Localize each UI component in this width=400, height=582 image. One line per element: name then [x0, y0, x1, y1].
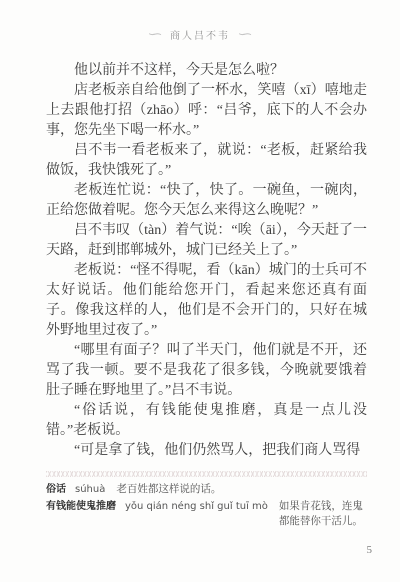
- paragraph: 吕不韦叹（tàn）着气说：“唉（āi），今天赶了一天路，赶到邯郸城外，城门已经关…: [46, 221, 367, 261]
- footnote-row: 俗话 súhuà 老百姓都这样说的话。: [46, 482, 370, 497]
- book-page: ∽ 商人吕不韦 ∽ 他以前并不这样，今天是怎么啦？ 店老板亲自给他倒了一杯水，笑…: [0, 0, 400, 582]
- paragraph: 店老板亲自给他倒了一杯水，笑嘻（xī）嘻地走上去跟他打招（zhāo）呼：“吕爷，…: [46, 81, 367, 141]
- footnote-row: 有钱能使鬼推磨 yǒu qián néng shǐ guǐ tuī mò 如果肯…: [46, 499, 370, 529]
- paragraph: 吕不韦一看老板来了，就说：“老板，赶紧给我做饭，我快饿死了。”: [46, 141, 367, 181]
- paragraph: 老板连忙说：“快了，快了。一碗鱼，一碗肉，正给您做着呢。您今天怎么来得这么晚呢？…: [46, 181, 367, 221]
- header-right-ornament-icon: ∽: [237, 27, 253, 42]
- footnote-term: 有钱能使鬼推磨: [46, 499, 116, 514]
- footnotes: 俗话 súhuà 老百姓都这样说的话。 有钱能使鬼推磨 yǒu qián nén…: [46, 482, 370, 529]
- chapter-title: 商人吕不韦: [170, 27, 230, 42]
- footnote-explanation: 老百姓都这样说的话。: [116, 482, 370, 497]
- paragraph: “哪里有面子？叫了半天门，他们就是不开，还骂了我一顿。要不是我花了很多钱，今晚就…: [46, 341, 367, 401]
- running-header: ∽ 商人吕不韦 ∽: [0, 27, 400, 42]
- paragraph: 老板说：“怪不得呢，看（kān）城门的士兵可不太好说话。他们能给您开门，看起来您…: [46, 261, 367, 341]
- footnote-term: 俗话: [46, 482, 66, 497]
- paragraph: 他以前并不这样，今天是怎么啦？: [46, 61, 367, 81]
- footnote-separator-ornament: [46, 471, 367, 477]
- footnote-pinyin: yǒu qián néng shǐ guǐ tuī mò: [125, 499, 268, 514]
- paragraph: “俗话说，有钱能使鬼推磨，真是一点儿没错。”老板说。: [46, 401, 367, 441]
- body-text: 他以前并不这样，今天是怎么啦？ 店老板亲自给他倒了一杯水，笑嘻（xī）嘻地走上去…: [46, 61, 367, 461]
- footnote-pinyin: súhuà: [75, 482, 105, 497]
- paragraph: “可是拿了钱，他们仍然骂人，把我们商人骂得: [46, 441, 367, 461]
- page-number: 5: [367, 544, 373, 556]
- header-left-ornament-icon: ∽: [147, 27, 163, 42]
- footnote-explanation: 如果肯花钱，连鬼都能替你干活儿。: [279, 499, 370, 529]
